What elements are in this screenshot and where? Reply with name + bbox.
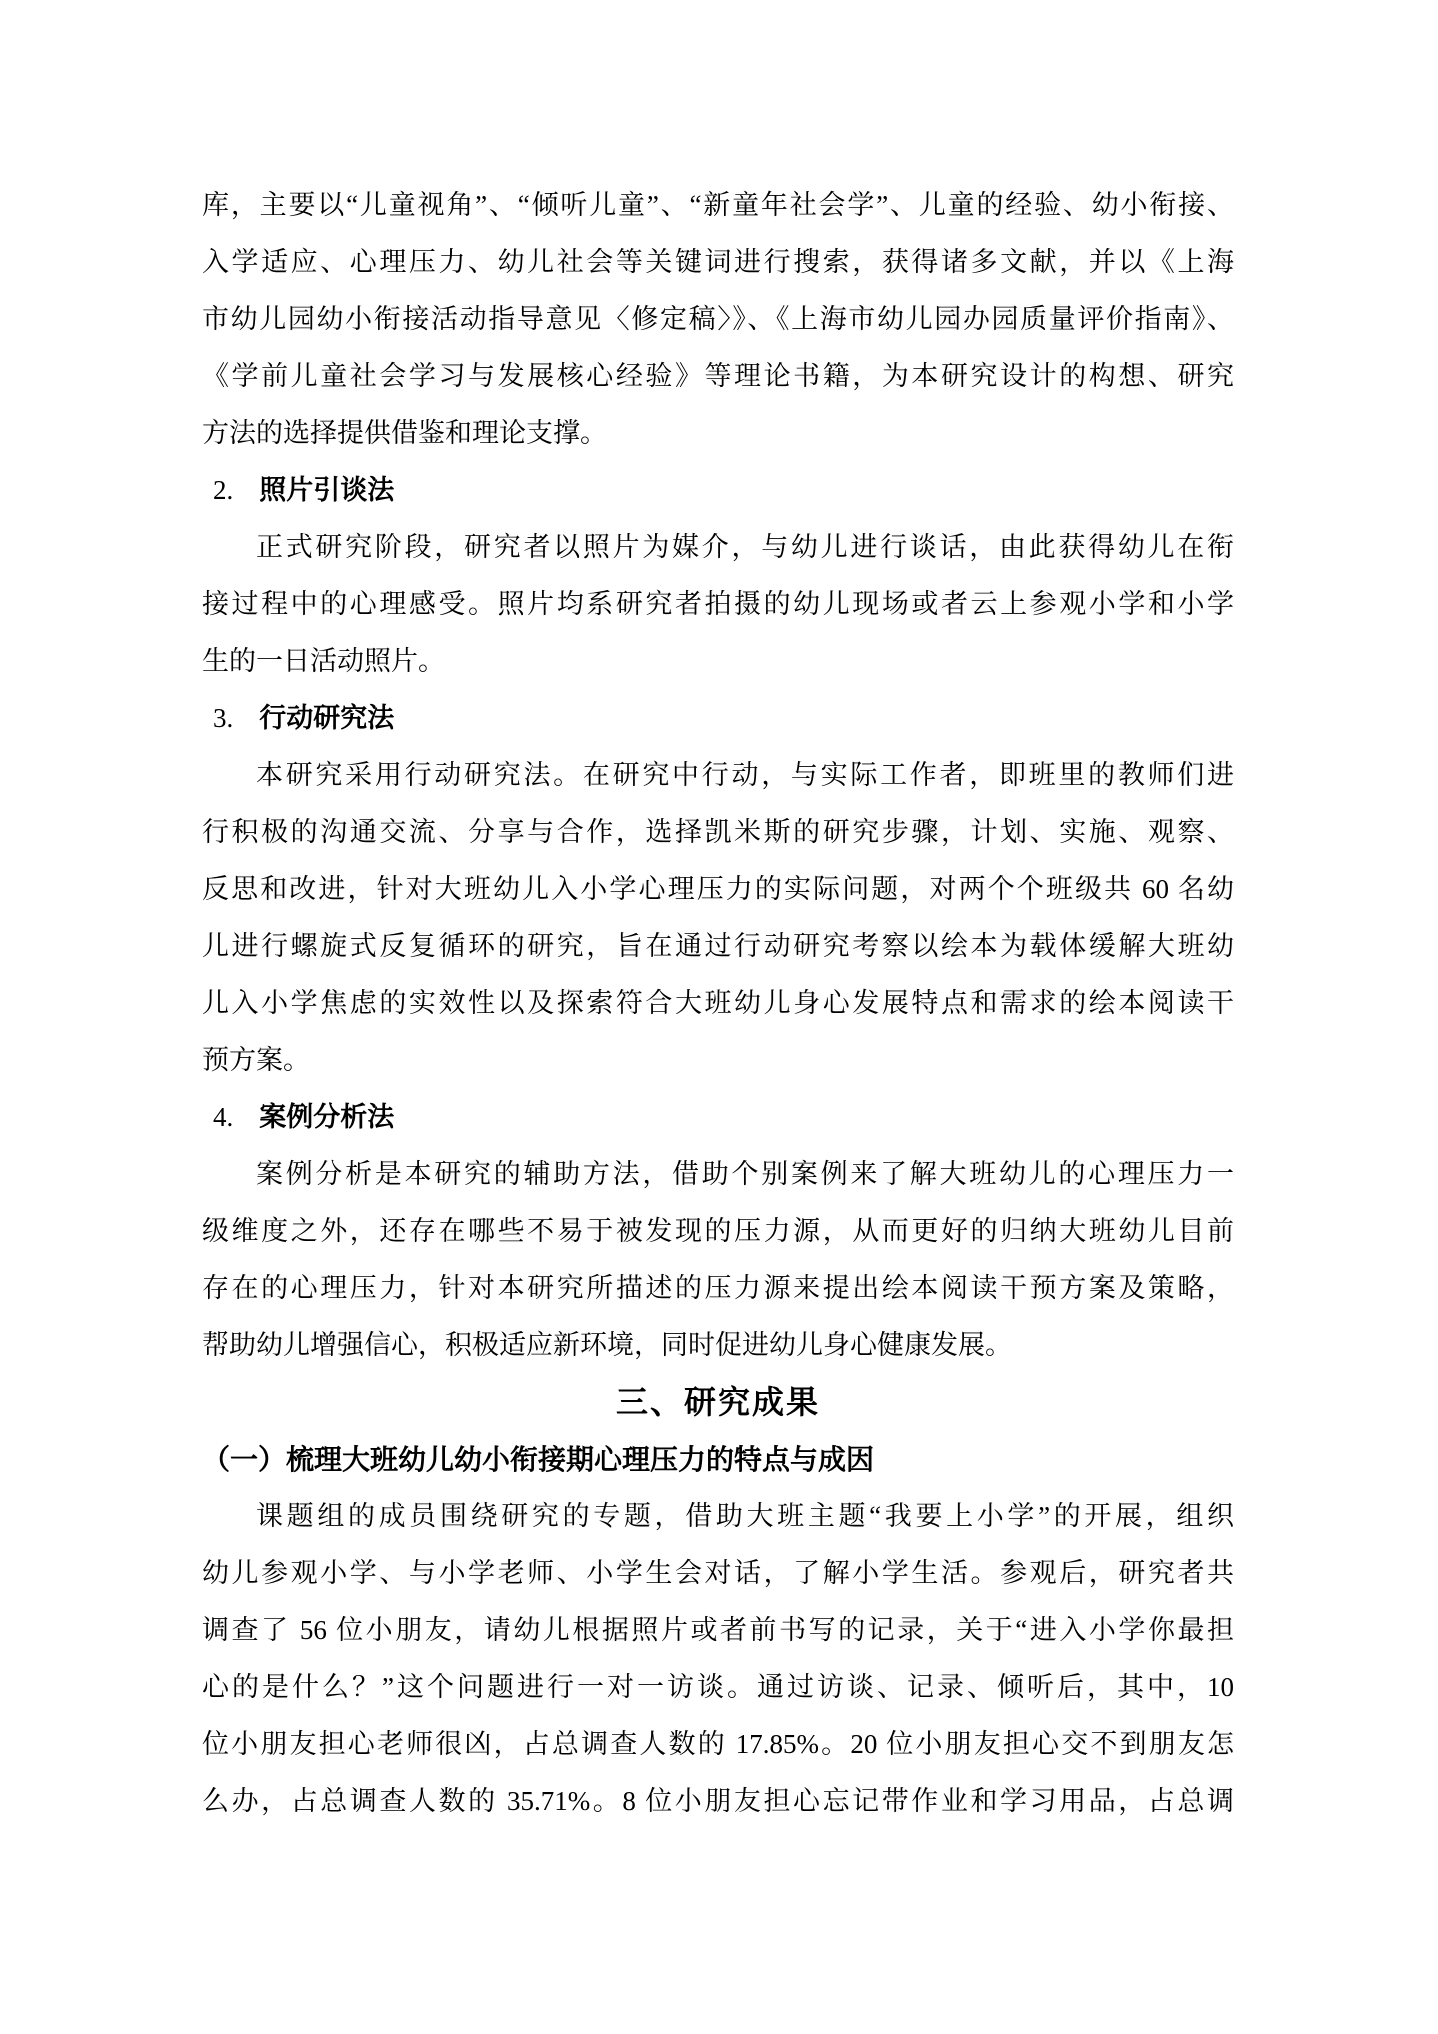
numbered-heading: 3.行动研究法 bbox=[202, 690, 1234, 747]
heading-label: 照片引谈法 bbox=[259, 475, 394, 505]
body-text-line: 帮助幼儿增强信心，积极适应新环境，同时促进幼儿身心健康发展。 bbox=[202, 1317, 1234, 1374]
numbered-heading: 4.案例分析法 bbox=[202, 1089, 1234, 1146]
body-text-line: 儿入小学焦虑的实效性以及探索符合大班幼儿身心发展特点和需求的绘本阅读干 bbox=[202, 975, 1234, 1032]
body-text-line: 位小朋友担心老师很凶，占总调查人数的 17.85%。20 位小朋友担心交不到朋友… bbox=[202, 1716, 1234, 1773]
body-text-line: 案例分析是本研究的辅助方法，借助个别案例来了解大班幼儿的心理压力一 bbox=[202, 1146, 1234, 1203]
body-text-line: 级维度之外，还存在哪些不易于被发现的压力源，从而更好的归纳大班幼儿目前 bbox=[202, 1203, 1234, 1260]
body-text-line: 存在的心理压力，针对本研究所描述的压力源来提出绘本阅读干预方案及策略， bbox=[202, 1260, 1234, 1317]
section-title: 三、研究成果 bbox=[202, 1374, 1234, 1431]
heading-number: 3. bbox=[213, 703, 233, 733]
body-text-line: 反思和改进，针对大班幼儿入小学心理压力的实际问题，对两个个班级共 60 名幼 bbox=[202, 861, 1234, 918]
body-text-line: 生的一日活动照片。 bbox=[202, 633, 1234, 690]
body-text-line: 正式研究阶段，研究者以照片为媒介，与幼儿进行谈话，由此获得幼儿在衔 bbox=[202, 519, 1234, 576]
body-text-line: 儿进行螺旋式反复循环的研究，旨在通过行动研究考察以绘本为载体缓解大班幼 bbox=[202, 918, 1234, 975]
body-text-line: 接过程中的心理感受。照片均系研究者拍摄的幼儿现场或者云上参观小学和小学 bbox=[202, 576, 1234, 633]
body-text-line: 么办，占总调查人数的 35.71%。8 位小朋友担心忘记带作业和学习用品，占总调 bbox=[202, 1773, 1234, 1830]
body-text-line: 行积极的沟通交流、分享与合作，选择凯米斯的研究步骤，计划、实施、观察、 bbox=[202, 804, 1234, 861]
body-text-line: 《学前儿童社会学习与发展核心经验》等理论书籍，为本研究设计的构想、研究 bbox=[202, 348, 1234, 405]
heading-label: 行动研究法 bbox=[259, 703, 394, 733]
body-text-line: 库，主要以“儿童视角”、“倾听儿童”、“新童年社会学”、儿童的经验、幼小衔接、 bbox=[202, 177, 1234, 234]
subsection-heading: （一）梳理大班幼儿幼小衔接期心理压力的特点与成因 bbox=[202, 1431, 1234, 1488]
body-text-line: 入学适应、心理压力、幼儿社会等关键词进行搜索，获得诸多文献，并以《上海 bbox=[202, 234, 1234, 291]
heading-label: 案例分析法 bbox=[259, 1102, 394, 1132]
body-text-line: 市幼儿园幼小衔接活动指导意见〈修定稿〉》、《上海市幼儿园办园质量评价指南》、 bbox=[202, 291, 1234, 348]
body-text-line: 调查了 56 位小朋友，请幼儿根据照片或者前书写的记录，关于“进入小学你最担 bbox=[202, 1602, 1234, 1659]
heading-number: 2. bbox=[213, 475, 233, 505]
body-text-line: 心的是什么？”这个问题进行一对一访谈。通过访谈、记录、倾听后，其中，10 bbox=[202, 1659, 1234, 1716]
heading-number: 4. bbox=[213, 1102, 233, 1132]
body-text-line: 课题组的成员围绕研究的专题，借助大班主题“我要上小学”的开展，组织 bbox=[202, 1488, 1234, 1545]
body-text-line: 方法的选择提供借鉴和理论支撑。 bbox=[202, 405, 1234, 462]
document-page: 库，主要以“儿童视角”、“倾听儿童”、“新童年社会学”、儿童的经验、幼小衔接、入… bbox=[0, 0, 1438, 2034]
body-text-line: 预方案。 bbox=[202, 1032, 1234, 1089]
numbered-heading: 2.照片引谈法 bbox=[202, 462, 1234, 519]
body-text-line: 本研究采用行动研究法。在研究中行动，与实际工作者，即班里的教师们进 bbox=[202, 747, 1234, 804]
body-text-line: 幼儿参观小学、与小学老师、小学生会对话，了解小学生活。参观后，研究者共 bbox=[202, 1545, 1234, 1602]
document-content: 库，主要以“儿童视角”、“倾听儿童”、“新童年社会学”、儿童的经验、幼小衔接、入… bbox=[202, 177, 1234, 1830]
